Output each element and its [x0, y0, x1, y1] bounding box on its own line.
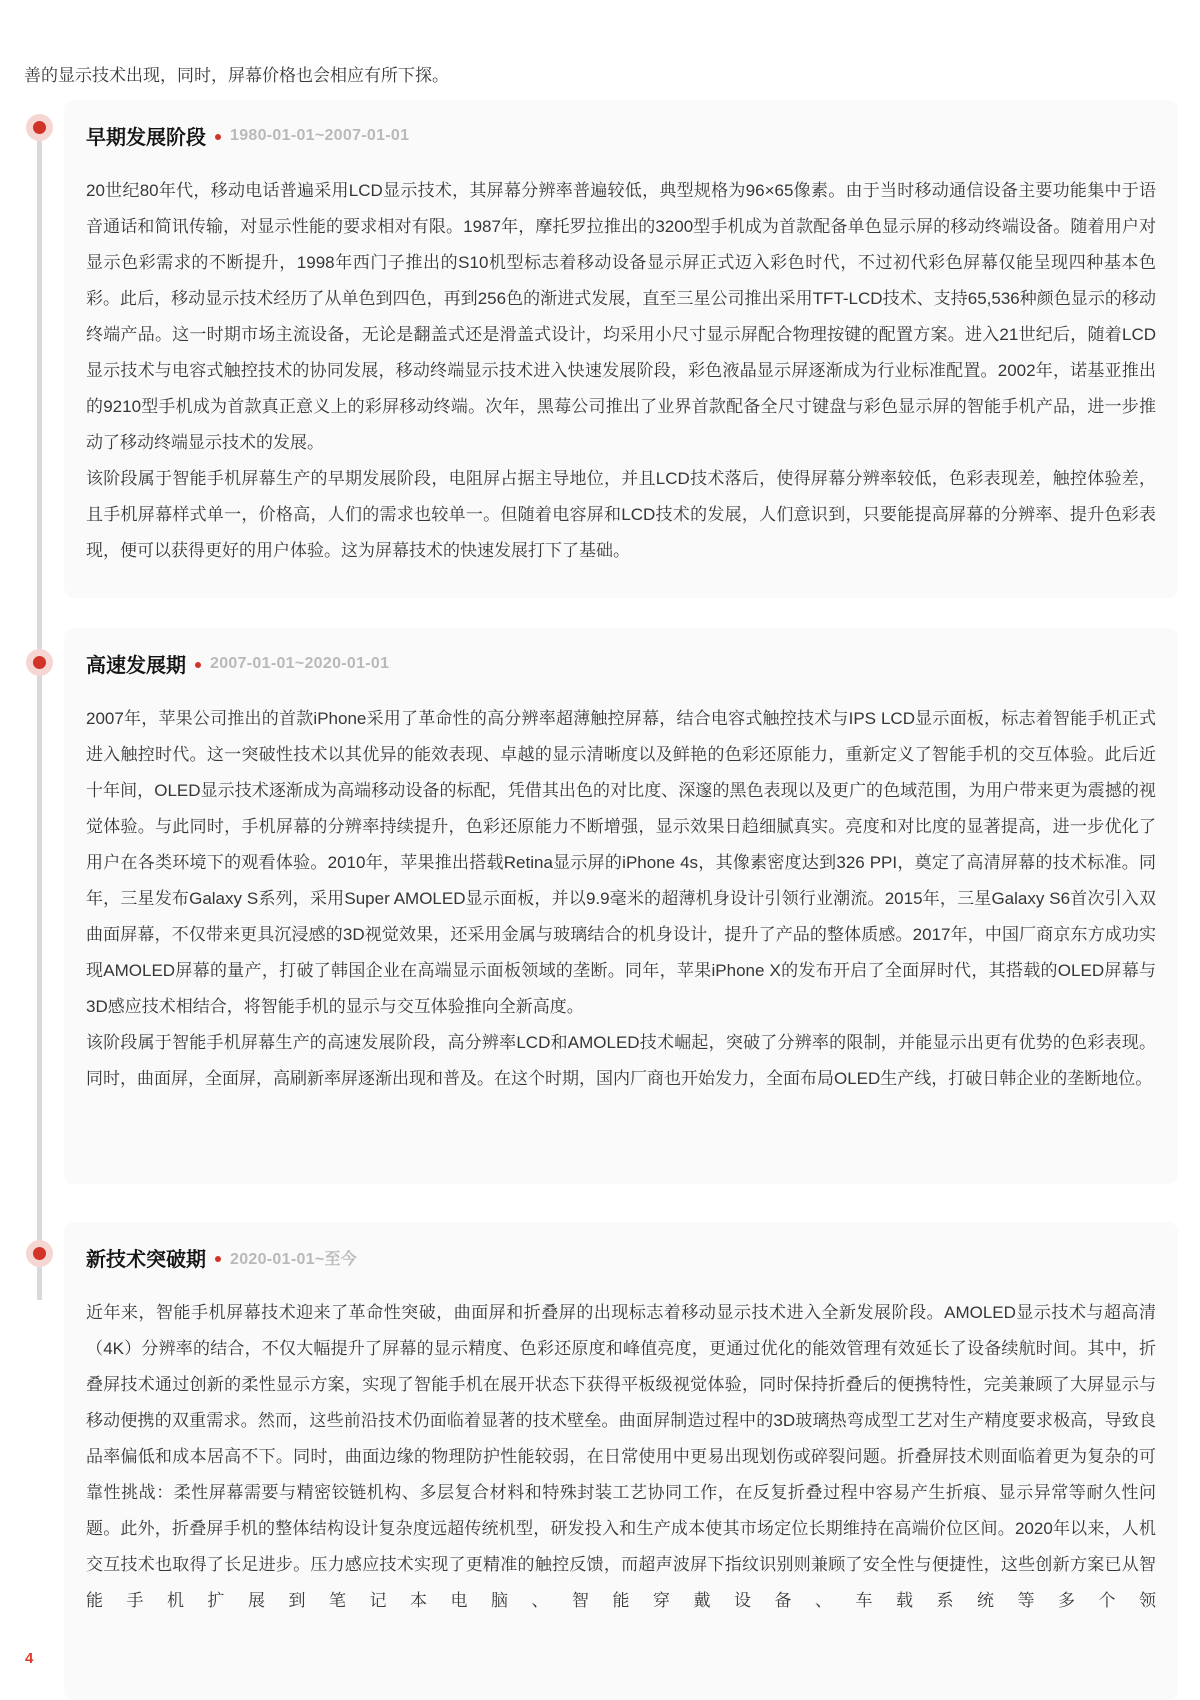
section-header: 早期发展阶段 1980-01-01~2007-01-01	[86, 100, 1156, 150]
section-title: 新技术突破期	[86, 1243, 206, 1272]
document-page: 善的显示技术出现，同时，屏幕价格也会相应有所下探。 早期发展阶段 1980-01…	[0, 0, 1200, 1700]
section-paragraph: 2007年，苹果公司推出的首款iPhone采用了革命性的高分辨率超薄触控屏幕，结…	[86, 701, 1156, 1025]
timeline-dot-icon	[26, 649, 53, 676]
section-title: 高速发展期	[86, 649, 186, 678]
section-title: 早期发展阶段	[86, 121, 206, 150]
timeline-line	[37, 127, 42, 1300]
intro-text: 善的显示技术出现，同时，屏幕价格也会相应有所下探。	[24, 63, 449, 89]
page-number: 4	[25, 1650, 33, 1667]
section-paragraph: 20世纪80年代，移动电话普遍采用LCD显示技术，其屏幕分辨率普遍较低，典型规格…	[86, 173, 1156, 461]
section-date-range: 2020-01-01~至今	[230, 1246, 357, 1269]
section-body: 20世纪80年代，移动电话普遍采用LCD显示技术，其屏幕分辨率普遍较低，典型规格…	[86, 173, 1156, 569]
section-card-new-tech-breakthrough: 新技术突破期 2020-01-01~至今 近年来，智能手机屏幕技术迎来了革命性突…	[64, 1222, 1178, 1700]
dot-separator-icon	[215, 1256, 221, 1262]
section-header: 高速发展期 2007-01-01~2020-01-01	[86, 628, 1156, 678]
section-paragraph: 近年来，智能手机屏幕技术迎来了革命性突破，曲面屏和折叠屏的出现标志着移动显示技术…	[86, 1295, 1156, 1619]
timeline-dot-icon	[26, 114, 53, 141]
section-body: 近年来，智能手机屏幕技术迎来了革命性突破，曲面屏和折叠屏的出现标志着移动显示技术…	[86, 1295, 1156, 1619]
dot-separator-icon	[195, 662, 201, 668]
section-date-range: 1980-01-01~2007-01-01	[230, 127, 409, 145]
timeline-dot-icon	[26, 1240, 53, 1267]
section-card-early-stage: 早期发展阶段 1980-01-01~2007-01-01 20世纪80年代，移动…	[64, 100, 1178, 598]
section-body: 2007年，苹果公司推出的首款iPhone采用了革命性的高分辨率超薄触控屏幕，结…	[86, 701, 1156, 1097]
section-header: 新技术突破期 2020-01-01~至今	[86, 1222, 1156, 1272]
section-card-rapid-growth: 高速发展期 2007-01-01~2020-01-01 2007年，苹果公司推出…	[64, 628, 1178, 1184]
dot-separator-icon	[215, 134, 221, 140]
section-date-range: 2007-01-01~2020-01-01	[210, 655, 389, 673]
section-paragraph: 该阶段属于智能手机屏幕生产的早期发展阶段，电阻屏占据主导地位，并且LCD技术落后…	[86, 461, 1156, 569]
section-paragraph: 该阶段属于智能手机屏幕生产的高速发展阶段，高分辨率LCD和AMOLED技术崛起，…	[86, 1025, 1156, 1097]
